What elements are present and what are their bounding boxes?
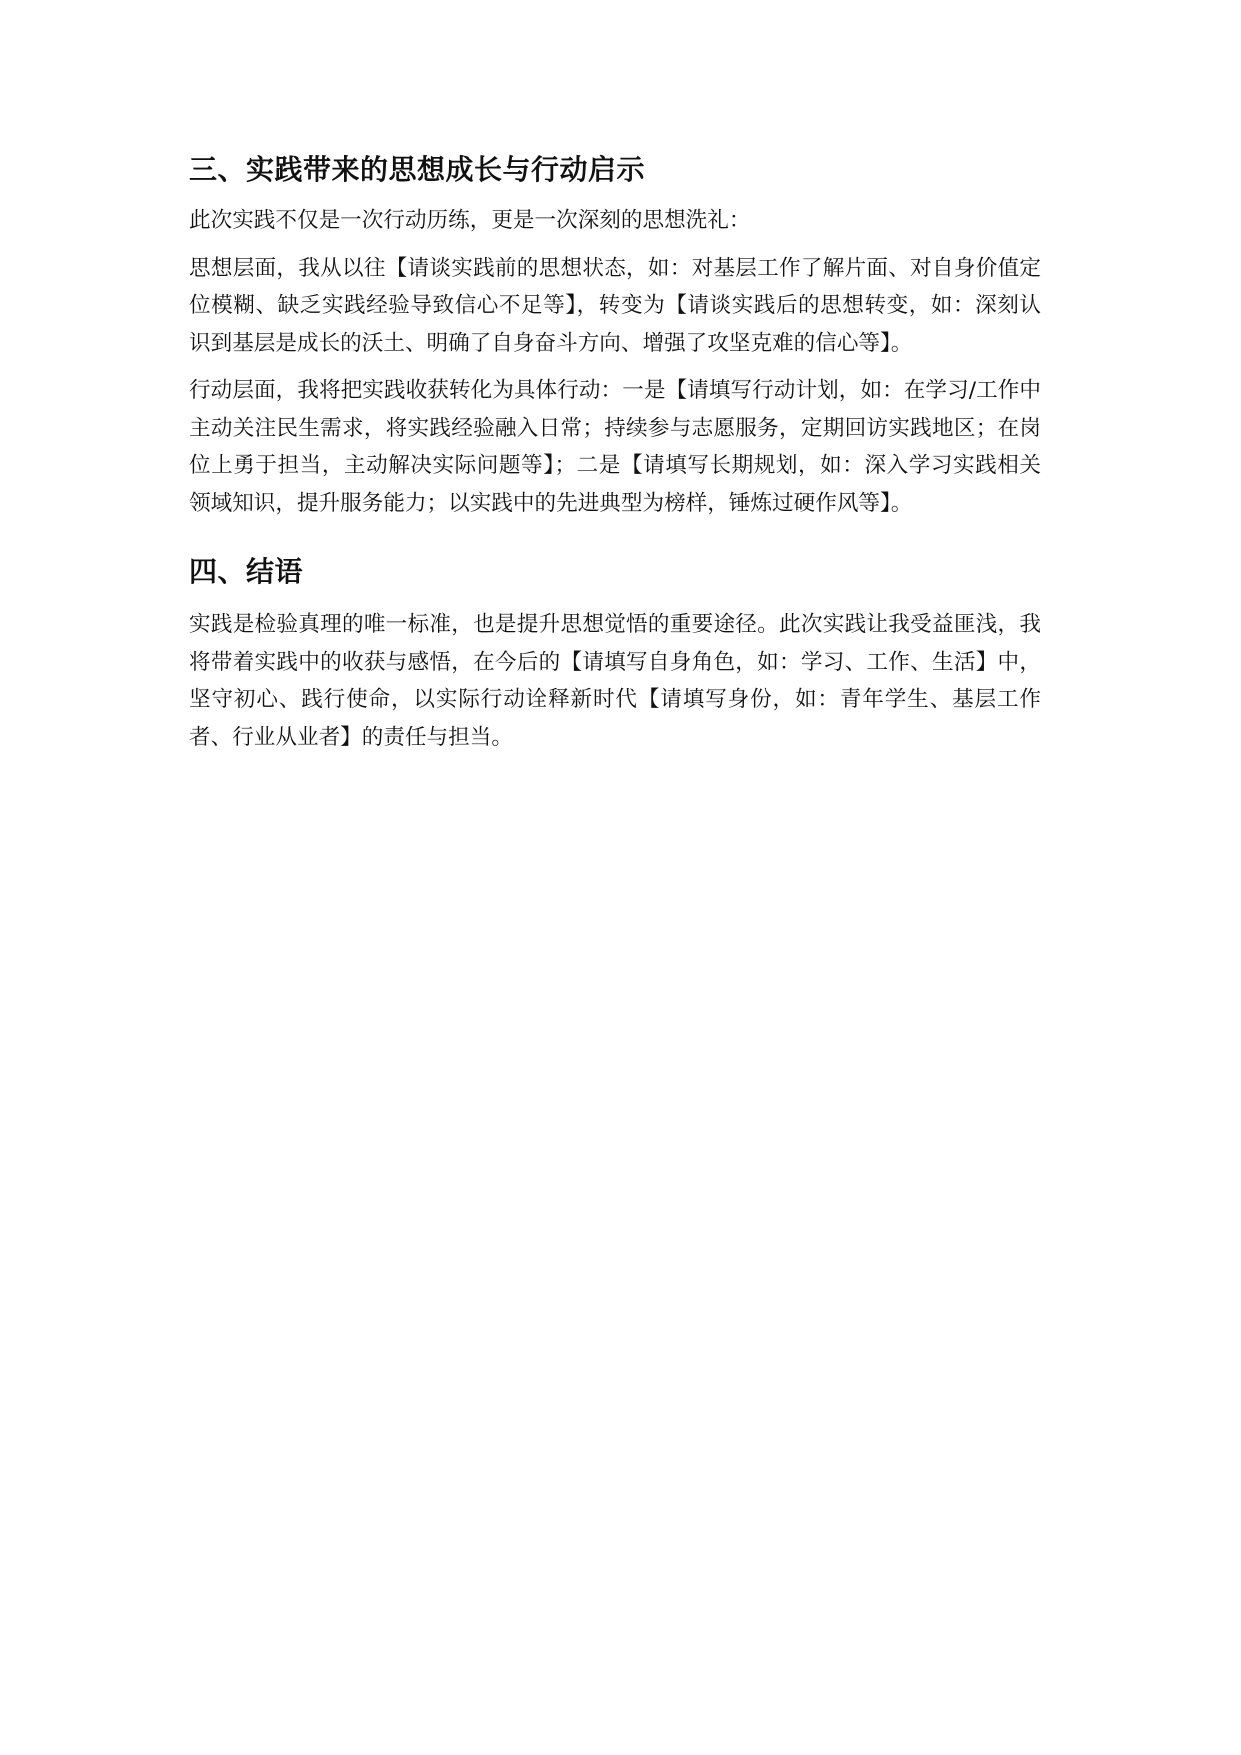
- document-page: 三、实践带来的思想成长与行动启示 此次实践不仅是一次行动历练，更是一次深刻的思想…: [189, 150, 1041, 756]
- paragraph-thought-level: 思想层面，我从以往【请谈实践前的思想状态，如：对基层工作了解片面、对自身价值定位…: [189, 250, 1041, 363]
- paragraph-conclusion: 实践是检验真理的唯一标准，也是提升思想觉悟的重要途径。此次实践让我受益匪浅，我将…: [189, 606, 1041, 756]
- section-heading-conclusion: 四、结语: [189, 552, 1041, 592]
- paragraph-action-level: 行动层面，我将把实践收获转化为具体行动：一是【请填写行动计划，如：在学习/工作中…: [189, 372, 1041, 522]
- paragraph-intro: 此次实践不仅是一次行动历练，更是一次深刻的思想洗礼：: [189, 202, 1041, 240]
- section-heading-growth: 三、实践带来的思想成长与行动启示: [189, 150, 1041, 190]
